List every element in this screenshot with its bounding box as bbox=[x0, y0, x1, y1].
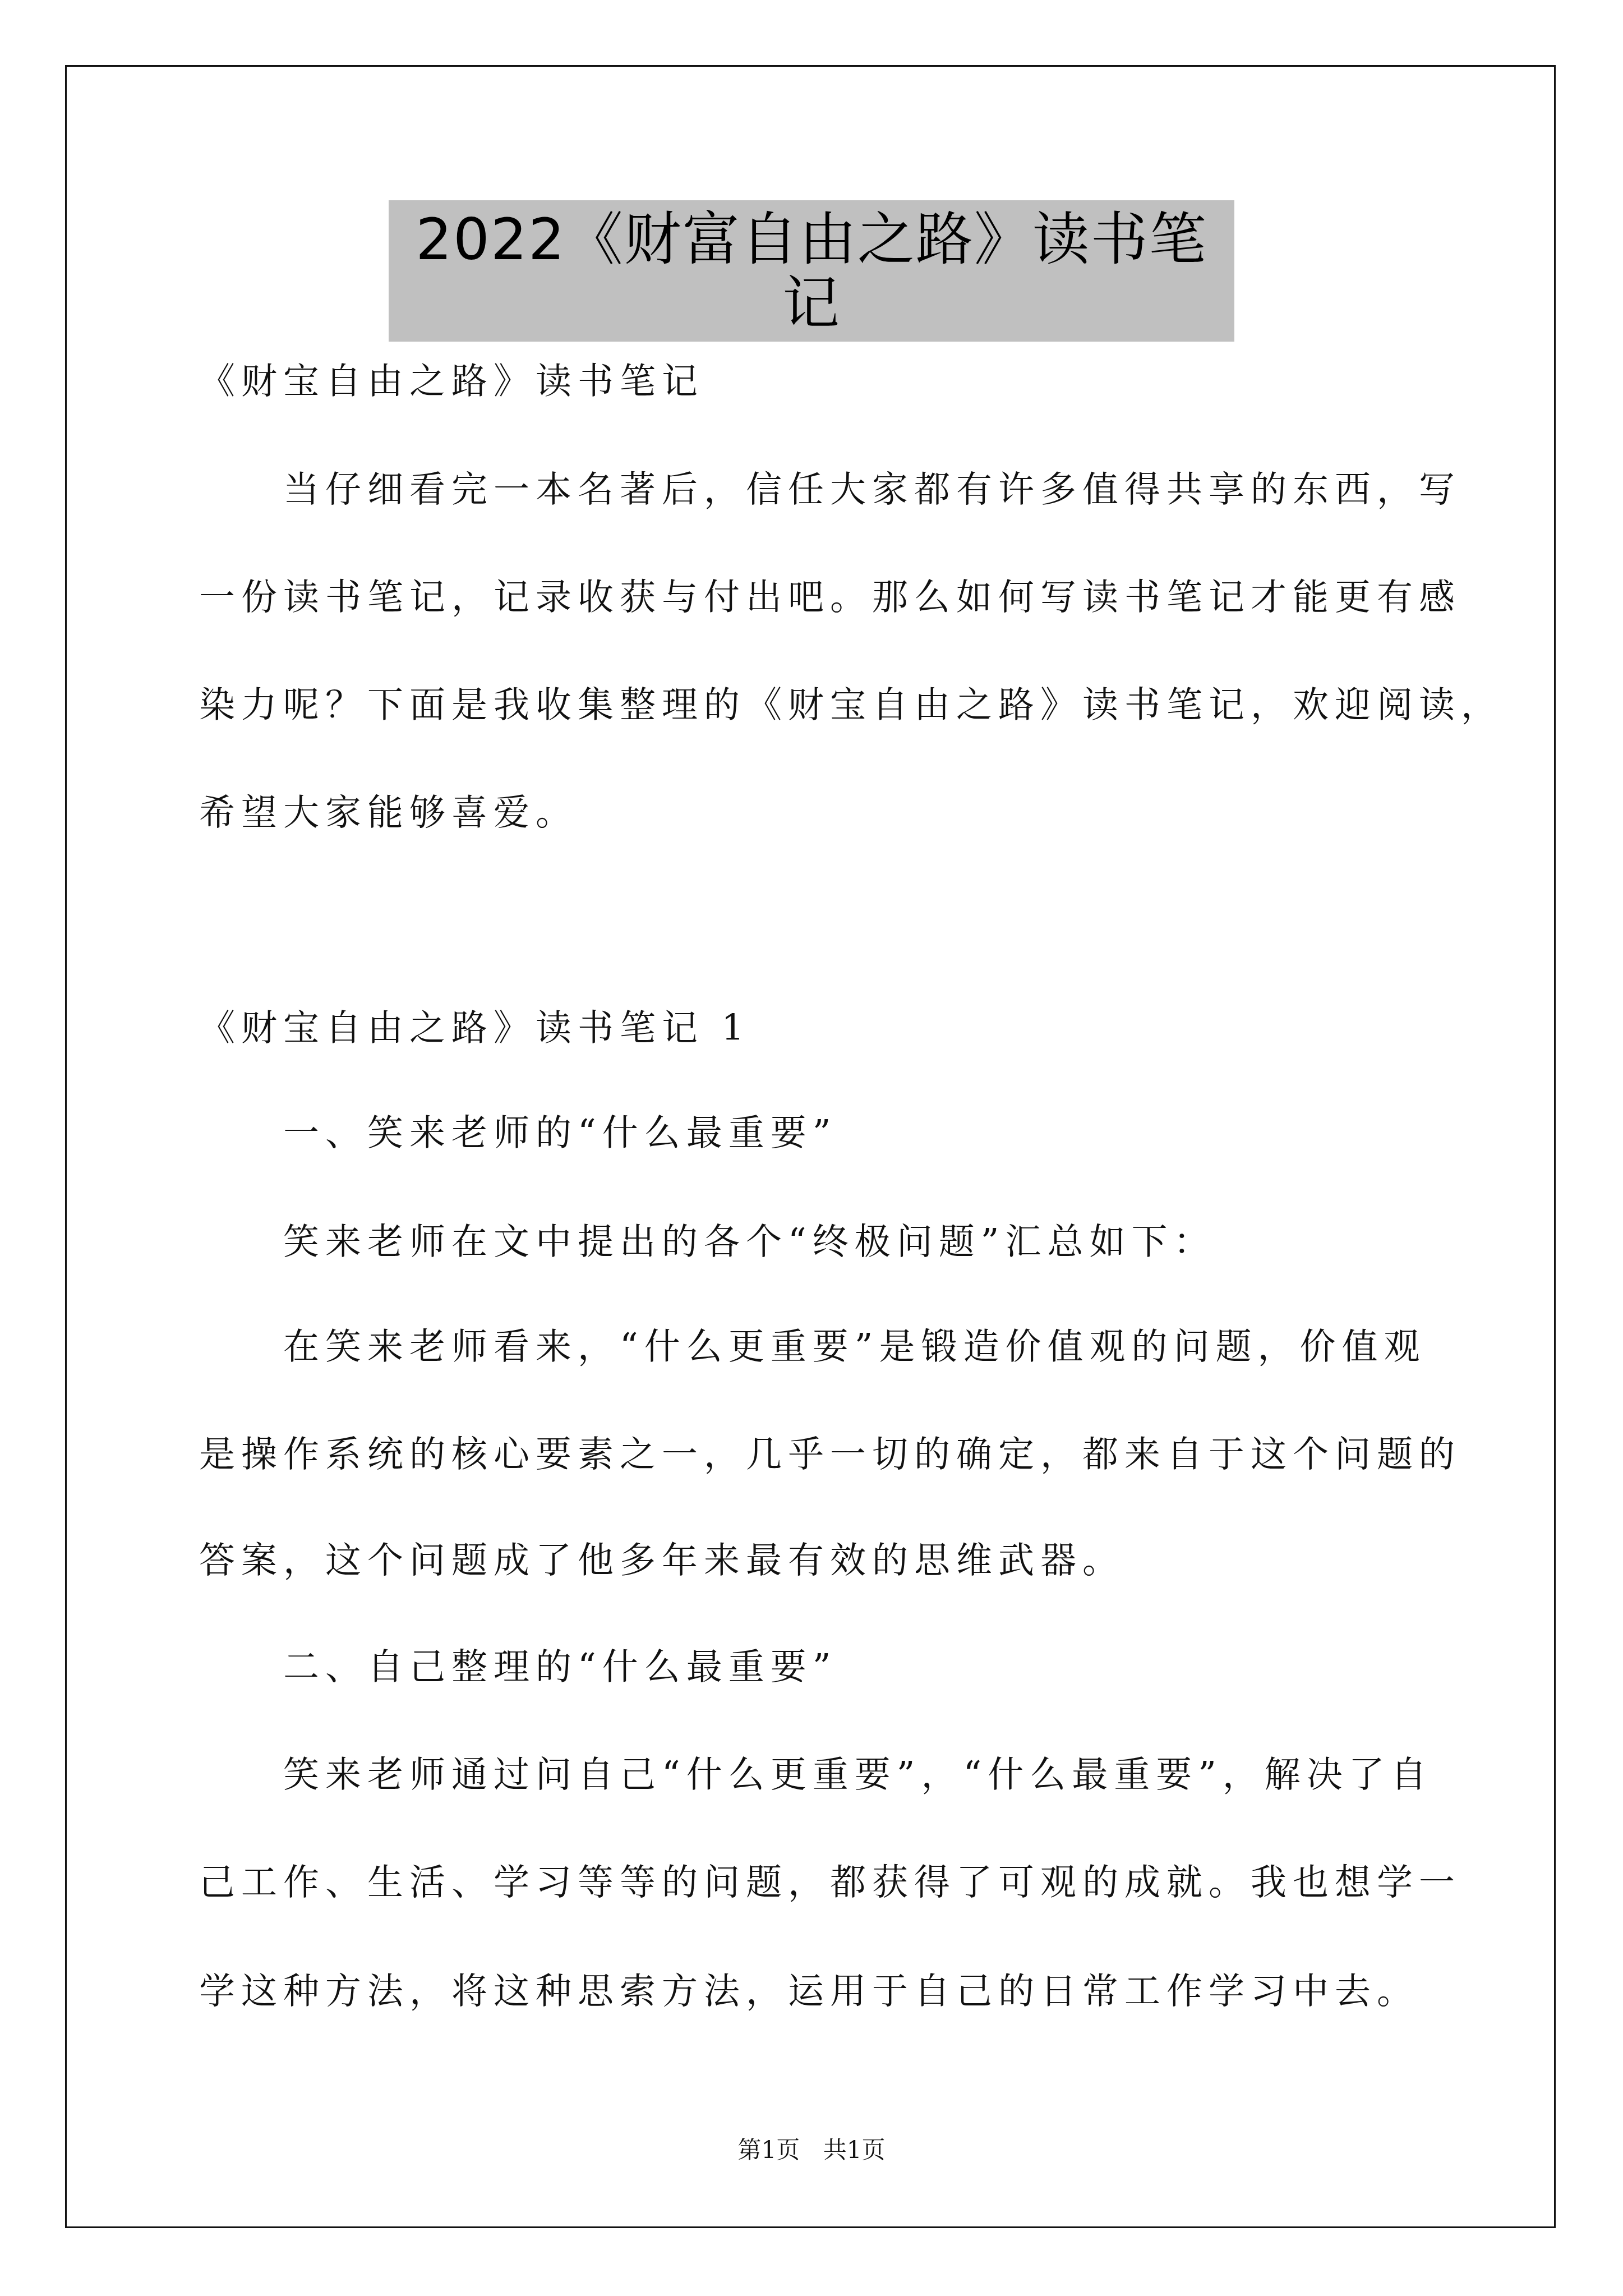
section-line: 答案，这个问题成了他多年来最有效的思维武器。 bbox=[199, 1538, 1124, 1583]
intro-line: 染力呢？下面是我收集整理的《财宝自由之路》读书笔记，欢迎阅读， bbox=[199, 683, 1503, 728]
section-line: 学这种方法，将这种思索方法，运用于自己的日常工作学习中去。 bbox=[199, 1969, 1419, 2014]
section-line: 笑来老师在文中提出的各个“终极问题”汇总如下： bbox=[283, 1220, 1215, 1264]
subtitle: 《财宝自由之路》读书笔记 bbox=[199, 359, 704, 404]
title-container: 2022《财富自由之路》读书笔记 bbox=[0, 200, 1623, 342]
intro-line: 一份读书笔记，记录收获与付出吧。那么如何写读书笔记才能更有感 bbox=[199, 575, 1461, 620]
section-line: 笑来老师通过问自己“什么更重要”，“什么最重要”，解决了自 bbox=[283, 1752, 1433, 1797]
section-line: 在笑来老师看来，“什么更重要”是锻造价值观的问题，价值观 bbox=[283, 1324, 1426, 1369]
section-heading: 二、自己整理的“什么最重要” bbox=[283, 1645, 837, 1690]
page-footer: 第1页 共1页 bbox=[0, 2136, 1623, 2164]
page-number: 第1页 bbox=[738, 2136, 800, 2164]
document-title: 2022《财富自由之路》读书笔记 bbox=[389, 200, 1234, 342]
section-heading: 一、笑来老师的“什么最重要” bbox=[283, 1111, 837, 1156]
section-line: 是操作系统的核心要素之一，几乎一切的确定，都来自于这个问题的 bbox=[199, 1432, 1461, 1477]
section-line: 己工作、生活、学习等等的问题，都获得了可观的成就。我也想学一 bbox=[199, 1860, 1461, 1905]
intro-line: 当仔细看完一本名著后，信任大家都有许多值得共享的东西，写 bbox=[283, 467, 1461, 512]
page-total: 共1页 bbox=[823, 2136, 886, 2164]
section-title: 《财宝自由之路》读书笔记 1 bbox=[199, 1006, 750, 1051]
intro-line: 希望大家能够喜爱。 bbox=[199, 790, 578, 835]
